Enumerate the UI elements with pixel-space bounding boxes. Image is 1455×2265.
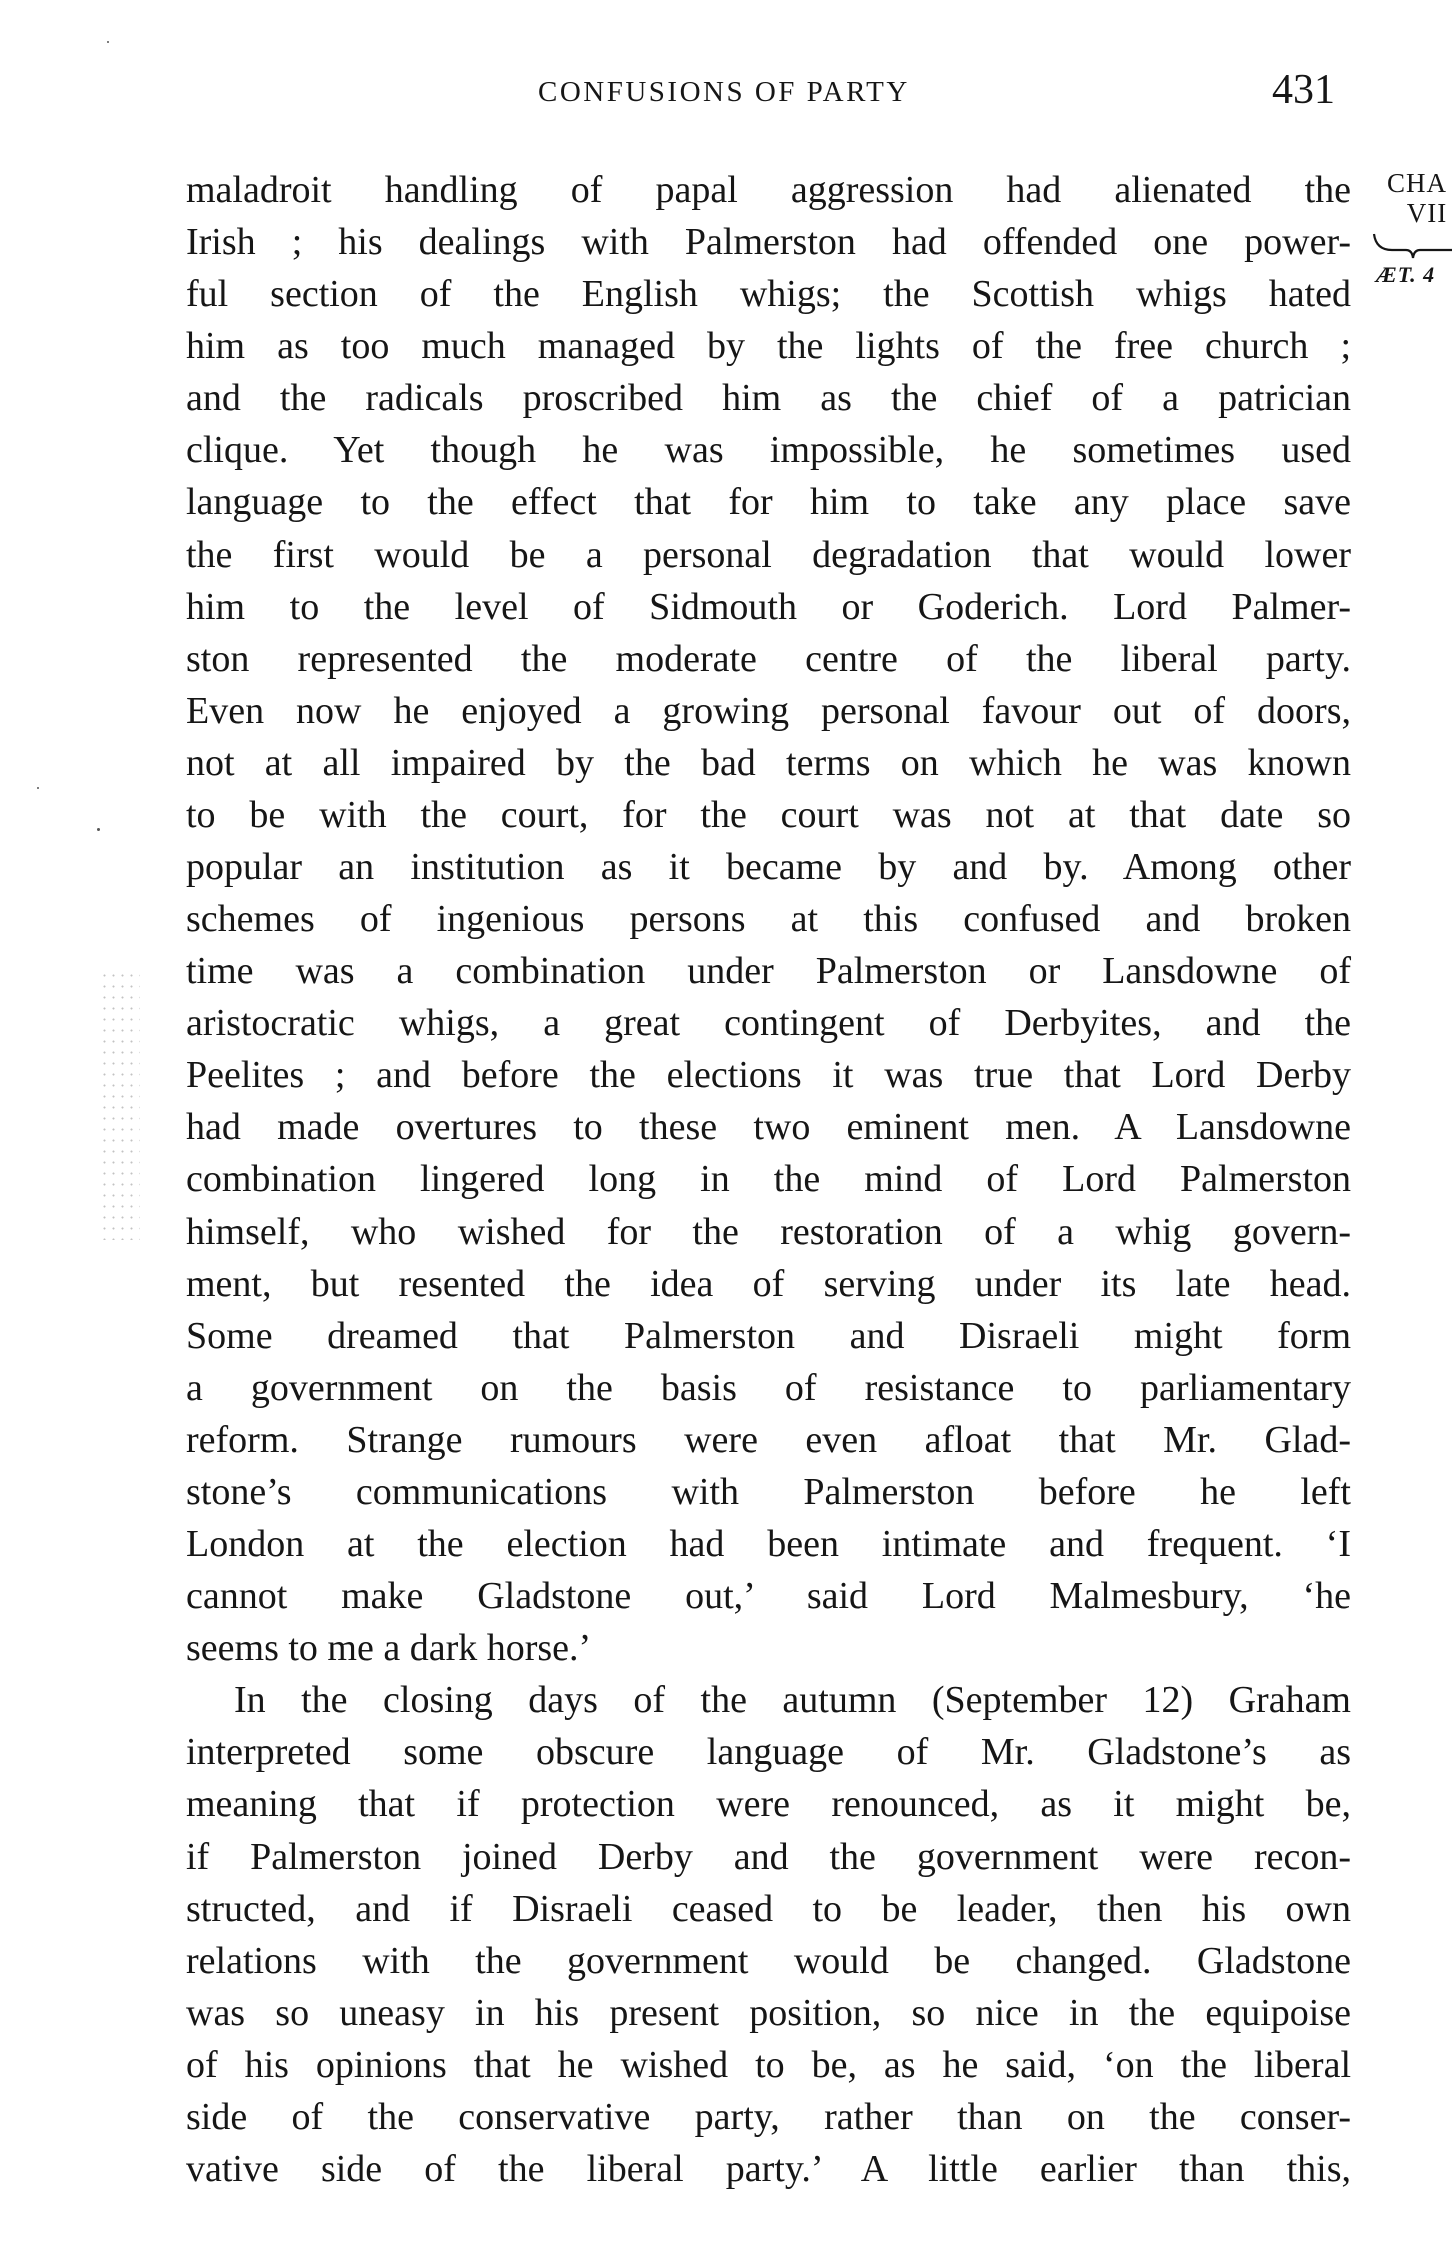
scan-speck <box>107 41 109 43</box>
margin-note: CHA VII ÆT. 4 <box>1372 168 1455 290</box>
text-line: Peelites ; and before the elections it w… <box>186 1049 1351 1101</box>
text-line: relations with the government would be c… <box>186 1935 1351 1987</box>
text-line: Irish ; his dealings with Palmerston had… <box>186 216 1351 268</box>
text-line: combination lingered long in the mind of… <box>186 1153 1351 1205</box>
text-line: not at all impaired by the bad terms on … <box>186 737 1351 789</box>
text-line: to be with the court, for the court was … <box>186 789 1351 841</box>
text-line: meaning that if protection were renounce… <box>186 1778 1351 1830</box>
text-line: him to the level of Sidmouth or Goderich… <box>186 581 1351 633</box>
text-line: language to the effect that for him to t… <box>186 476 1351 528</box>
text-line: the first would be a personal degradatio… <box>186 529 1351 581</box>
text-line: vative side of the liberal party.’ A lit… <box>186 2143 1351 2195</box>
body-text: maladroit handling of papal aggression h… <box>186 164 1351 2195</box>
curly-brace-icon <box>1372 230 1452 260</box>
text-line: if Palmerston joined Derby and the gover… <box>186 1831 1351 1883</box>
text-line: ment, but resented the idea of serving u… <box>186 1258 1351 1310</box>
text-line: ful section of the English whigs; the Sc… <box>186 268 1351 320</box>
paragraph-end-line: seems to me a dark horse.’ <box>186 1622 1351 1674</box>
text-line: time was a combination under Palmerston … <box>186 945 1351 997</box>
text-line: clique. Yet though he was impossible, he… <box>186 424 1351 476</box>
running-head: CONFUSIONS OF PARTY <box>538 72 983 112</box>
text-line: structed, and if Disraeli ceased to be l… <box>186 1883 1351 1935</box>
scan-speck <box>97 828 100 831</box>
text-line: aristocratic whigs, a great contingent o… <box>186 997 1351 1049</box>
text-line: London at the election had been intimate… <box>186 1518 1351 1570</box>
text-line: a government on the basis of resistance … <box>186 1362 1351 1414</box>
text-line: cannot make Gladstone out,’ said Lord Ma… <box>186 1570 1351 1622</box>
text-line: him as too much managed by the lights of… <box>186 320 1351 372</box>
text-line: Even now he enjoyed a growing personal f… <box>186 685 1351 737</box>
scan-speck <box>37 787 39 789</box>
text-line: himself, who wished for the restoration … <box>186 1206 1351 1258</box>
text-line: of his opinions that he wished to be, as… <box>186 2039 1351 2091</box>
text-line: Some dreamed that Palmerston and Disrael… <box>186 1310 1351 1362</box>
text-line: schemes of ingenious persons at this con… <box>186 893 1351 945</box>
text-line: interpreted some obscure language of Mr.… <box>186 1726 1351 1778</box>
text-line: maladroit handling of papal aggression h… <box>186 164 1351 216</box>
text-line: popular an institution as it became by a… <box>186 841 1351 893</box>
margin-chapter-label: CHA <box>1372 168 1455 198</box>
text-line: ston represented the moderate centre of … <box>186 633 1351 685</box>
text-line: reform. Strange rumours were even afloat… <box>186 1414 1351 1466</box>
scan-stipple <box>100 970 140 1240</box>
text-line: side of the conservative party, rather t… <box>186 2091 1351 2143</box>
text-line: stone’s communications with Palmerston b… <box>186 1466 1351 1518</box>
margin-chapter-number: VII <box>1392 198 1455 228</box>
paragraph-start-line: In the closing days of the autumn (Septe… <box>186 1674 1351 1726</box>
text-line: was so uneasy in his present position, s… <box>186 1987 1351 2039</box>
text-line: and the radicals proscribed him as the c… <box>186 372 1351 424</box>
margin-age-label: ÆT. 4 <box>1372 260 1455 290</box>
page-number: 431 <box>1272 66 1335 114</box>
text-line: had made overtures to these two eminent … <box>186 1101 1351 1153</box>
